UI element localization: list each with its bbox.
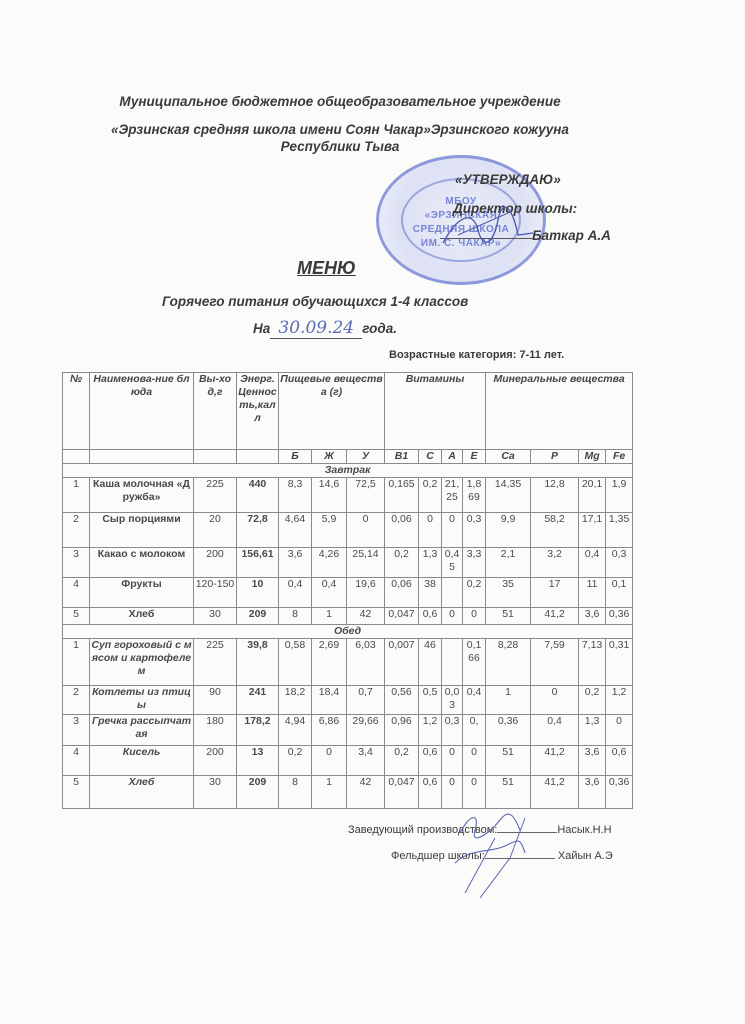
cell-num: 2 <box>63 686 90 715</box>
cell-ca: 35 <box>486 578 531 608</box>
cell-u: 0 <box>347 513 385 548</box>
header-minerals: Минеральные вещества <box>486 373 633 450</box>
cell-ca: 1 <box>486 686 531 715</box>
cell-u: 42 <box>347 776 385 809</box>
cell-a <box>442 639 463 686</box>
cell-mg: 3,6 <box>579 776 606 809</box>
cell-fe: 0 <box>606 715 633 746</box>
cell-zh: 0 <box>312 746 347 776</box>
cell-zh: 1 <box>312 776 347 809</box>
cell-c: 38 <box>419 578 442 608</box>
cell-ca: 8,28 <box>486 639 531 686</box>
cell-e: 0,166 <box>463 639 486 686</box>
table-row: 3Какао с молоком200156,613,64,2625,140,2… <box>63 548 633 578</box>
cell-e: 0, <box>463 715 486 746</box>
cell-yield: 20 <box>194 513 237 548</box>
cell-energy: 156,61 <box>237 548 279 578</box>
cell-b1: 0,047 <box>385 608 419 625</box>
section-title: Обед <box>63 625 633 639</box>
date-value: 30.09.24 <box>270 318 362 339</box>
cell-b: 8 <box>279 776 312 809</box>
cell-a: 0,03 <box>442 686 463 715</box>
cell-ca: 0,36 <box>486 715 531 746</box>
cell-zh: 2,69 <box>312 639 347 686</box>
subheader-cell: Б <box>279 450 312 464</box>
approval-title: «УТВЕРЖДАЮ» <box>455 172 561 187</box>
cell-zh: 5,9 <box>312 513 347 548</box>
table-row: 3Гречка рассыпчатая180178,24,946,8629,66… <box>63 715 633 746</box>
date-prefix: На <box>253 321 270 336</box>
table-row: 5Хлеб3020981420,0470,6005141,23,60,36 <box>63 776 633 809</box>
cell-fe: 0,36 <box>606 776 633 809</box>
cell-b1: 0,2 <box>385 548 419 578</box>
cell-name: Сыр порциями <box>90 513 194 548</box>
subheader-cell: P <box>531 450 579 464</box>
cell-u: 29,66 <box>347 715 385 746</box>
table-row: 5Хлеб3020981420,0470,6005141,23,60,36 <box>63 608 633 625</box>
date-suffix: года. <box>362 321 397 336</box>
menu-table: № Наименова-ние блюда Вы-ход,г Энерг. Це… <box>62 372 633 809</box>
production-name: Насык.Н.Н <box>557 824 611 836</box>
subheader-cell: Ca <box>486 450 531 464</box>
cell-b1: 0,047 <box>385 776 419 809</box>
subheader-cell: B1 <box>385 450 419 464</box>
cell-yield: 90 <box>194 686 237 715</box>
cell-fe: 0,3 <box>606 548 633 578</box>
cell-b: 8,3 <box>279 478 312 513</box>
cell-u: 0,7 <box>347 686 385 715</box>
subheader-cell: E <box>463 450 486 464</box>
school-name: «Эрзинская средняя школа имени Соян Чака… <box>0 122 680 137</box>
cell-name: Какао с молоком <box>90 548 194 578</box>
cell-yield: 180 <box>194 715 237 746</box>
cell-mg: 1,3 <box>579 715 606 746</box>
subheader-cell: Ж <box>312 450 347 464</box>
cell-e: 0 <box>463 746 486 776</box>
table-header-row: № Наименова-ние блюда Вы-ход,г Энерг. Це… <box>63 373 633 450</box>
cell-b1: 0,06 <box>385 513 419 548</box>
cell-zh: 6,86 <box>312 715 347 746</box>
cell-num: 2 <box>63 513 90 548</box>
signature-scribble-icon <box>445 808 555 903</box>
date-line: На30.09.24года. <box>253 318 397 339</box>
cell-name: Фрукты <box>90 578 194 608</box>
cell-a: 0,45 <box>442 548 463 578</box>
cell-energy: 209 <box>237 776 279 809</box>
header-nutrients: Пищевые вещества (г) <box>279 373 385 450</box>
cell-a <box>442 578 463 608</box>
cell-zh: 1 <box>312 608 347 625</box>
cell-yield: 225 <box>194 478 237 513</box>
director-signature-icon <box>438 205 538 250</box>
cell-u: 19,6 <box>347 578 385 608</box>
cell-mg: 0,2 <box>579 686 606 715</box>
cell-mg: 0,4 <box>579 548 606 578</box>
cell-e: 0 <box>463 608 486 625</box>
cell-name: Хлеб <box>90 608 194 625</box>
cell-b1: 0,06 <box>385 578 419 608</box>
cell-p: 7,59 <box>531 639 579 686</box>
cell-u: 6,03 <box>347 639 385 686</box>
cell-energy: 178,2 <box>237 715 279 746</box>
page-title: МЕНЮ <box>297 258 356 279</box>
cell-c: 0 <box>419 513 442 548</box>
cell-c: 0,6 <box>419 776 442 809</box>
cell-b1: 0,2 <box>385 746 419 776</box>
cell-e: 3,3 <box>463 548 486 578</box>
cell-energy: 72,8 <box>237 513 279 548</box>
cell-e: 1,869 <box>463 478 486 513</box>
cell-ca: 14,35 <box>486 478 531 513</box>
cell-yield: 200 <box>194 548 237 578</box>
cell-a: 21,25 <box>442 478 463 513</box>
cell-u: 25,14 <box>347 548 385 578</box>
subheader-cell: Mg <box>579 450 606 464</box>
cell-mg: 3,6 <box>579 746 606 776</box>
table-row: 2Сыр порциями2072,84,645,900,06000,39,95… <box>63 513 633 548</box>
subheader-cell: Fe <box>606 450 633 464</box>
cell-yield: 120-150 <box>194 578 237 608</box>
cell-yield: 225 <box>194 639 237 686</box>
cell-c: 0,2 <box>419 478 442 513</box>
cell-p: 3,2 <box>531 548 579 578</box>
cell-zh: 18,4 <box>312 686 347 715</box>
cell-p: 41,2 <box>531 608 579 625</box>
cell-e: 0,4 <box>463 686 486 715</box>
table-row: 1Суп гороховый с мясом и картофелем22539… <box>63 639 633 686</box>
header-dish-name: Наименова-ние блюда <box>90 373 194 450</box>
cell-a: 0 <box>442 513 463 548</box>
cell-p: 58,2 <box>531 513 579 548</box>
table-row: 1Каша молочная «Дружба»2254408,314,672,5… <box>63 478 633 513</box>
cell-zh: 14,6 <box>312 478 347 513</box>
cell-a: 0 <box>442 776 463 809</box>
section-row: Обед <box>63 625 633 639</box>
cell-zh: 0,4 <box>312 578 347 608</box>
cell-fe: 1,2 <box>606 686 633 715</box>
cell-fe: 0,1 <box>606 578 633 608</box>
header-yield: Вы-ход,г <box>194 373 237 450</box>
cell-b1: 0,007 <box>385 639 419 686</box>
subheader-empty <box>90 450 194 464</box>
cell-energy: 209 <box>237 608 279 625</box>
header-energy: Энерг. Ценность,калл <box>237 373 279 450</box>
subheader-empty <box>63 450 90 464</box>
cell-p: 17 <box>531 578 579 608</box>
cell-mg: 20,1 <box>579 478 606 513</box>
cell-b1: 0,56 <box>385 686 419 715</box>
subheader-cell: У <box>347 450 385 464</box>
cell-num: 1 <box>63 478 90 513</box>
cell-p: 0,4 <box>531 715 579 746</box>
cell-b: 4,64 <box>279 513 312 548</box>
cell-b: 4,94 <box>279 715 312 746</box>
cell-fe: 1,35 <box>606 513 633 548</box>
cell-name: Гречка рассыпчатая <box>90 715 194 746</box>
cell-name: Суп гороховый с мясом и картофелем <box>90 639 194 686</box>
cell-name: Каша молочная «Дружба» <box>90 478 194 513</box>
cell-u: 3,4 <box>347 746 385 776</box>
cell-name: Хлеб <box>90 776 194 809</box>
cell-energy: 10 <box>237 578 279 608</box>
cell-fe: 0,31 <box>606 639 633 686</box>
cell-b: 0,4 <box>279 578 312 608</box>
cell-c: 0,6 <box>419 608 442 625</box>
cell-num: 4 <box>63 746 90 776</box>
cell-b: 0,58 <box>279 639 312 686</box>
cell-c: 0,6 <box>419 746 442 776</box>
cell-num: 1 <box>63 639 90 686</box>
cell-energy: 241 <box>237 686 279 715</box>
cell-ca: 51 <box>486 608 531 625</box>
table-row: 4Фрукты120-150100,40,419,60,06380,235171… <box>63 578 633 608</box>
header-num: № <box>63 373 90 450</box>
cell-b1: 0,165 <box>385 478 419 513</box>
table-row: 2Котлеты из птицы9024118,218,40,70,560,5… <box>63 686 633 715</box>
institution-name: Муниципальное бюджетное общеобразователь… <box>0 94 680 109</box>
medic-name: Хайын А.Э <box>558 850 613 862</box>
cell-zh: 4,26 <box>312 548 347 578</box>
subheader-empty <box>194 450 237 464</box>
cell-c: 0,5 <box>419 686 442 715</box>
subheader-cell: A <box>442 450 463 464</box>
cell-num: 5 <box>63 608 90 625</box>
section-title: Завтрак <box>63 464 633 478</box>
cell-p: 41,2 <box>531 776 579 809</box>
cell-ca: 9,9 <box>486 513 531 548</box>
cell-a: 0 <box>442 746 463 776</box>
cell-mg: 3,6 <box>579 608 606 625</box>
cell-energy: 440 <box>237 478 279 513</box>
cell-fe: 0,36 <box>606 608 633 625</box>
cell-p: 12,8 <box>531 478 579 513</box>
director-name: Баткар А.А <box>532 228 611 243</box>
cell-c: 46 <box>419 639 442 686</box>
cell-u: 72,5 <box>347 478 385 513</box>
subheader-cell: C <box>419 450 442 464</box>
cell-name: Котлеты из птицы <box>90 686 194 715</box>
cell-a: 0 <box>442 608 463 625</box>
cell-u: 42 <box>347 608 385 625</box>
cell-p: 0 <box>531 686 579 715</box>
cell-energy: 13 <box>237 746 279 776</box>
table-row: 4Кисель200130,203,40,20,6005141,23,60,6 <box>63 746 633 776</box>
cell-num: 3 <box>63 548 90 578</box>
cell-fe: 1,9 <box>606 478 633 513</box>
header-vitamins: Витамины <box>385 373 486 450</box>
cell-yield: 30 <box>194 608 237 625</box>
cell-energy: 39,8 <box>237 639 279 686</box>
cell-e: 0,2 <box>463 578 486 608</box>
cell-b: 8 <box>279 608 312 625</box>
cell-e: 0 <box>463 776 486 809</box>
cell-p: 41,2 <box>531 746 579 776</box>
table-subheader-row: БЖУB1CAECaPMgFe <box>63 450 633 464</box>
subheader-empty <box>237 450 279 464</box>
cell-yield: 200 <box>194 746 237 776</box>
cell-b: 0,2 <box>279 746 312 776</box>
cell-b1: 0,96 <box>385 715 419 746</box>
cell-ca: 51 <box>486 746 531 776</box>
cell-e: 0,3 <box>463 513 486 548</box>
cell-ca: 2,1 <box>486 548 531 578</box>
cell-a: 0,3 <box>442 715 463 746</box>
cell-c: 1,2 <box>419 715 442 746</box>
cell-ca: 51 <box>486 776 531 809</box>
cell-mg: 7,13 <box>579 639 606 686</box>
cell-num: 4 <box>63 578 90 608</box>
cell-mg: 11 <box>579 578 606 608</box>
cell-num: 3 <box>63 715 90 746</box>
cell-fe: 0,6 <box>606 746 633 776</box>
cell-b: 18,2 <box>279 686 312 715</box>
age-category: Возрастные категория: 7-11 лет. <box>389 349 564 361</box>
cell-mg: 17,1 <box>579 513 606 548</box>
republic-name: Республики Тыва <box>0 139 680 154</box>
cell-c: 1,3 <box>419 548 442 578</box>
page-subtitle: Горячего питания обучающихся 1-4 классов <box>162 294 468 309</box>
cell-b: 3,6 <box>279 548 312 578</box>
section-row: Завтрак <box>63 464 633 478</box>
cell-yield: 30 <box>194 776 237 809</box>
cell-num: 5 <box>63 776 90 809</box>
cell-name: Кисель <box>90 746 194 776</box>
